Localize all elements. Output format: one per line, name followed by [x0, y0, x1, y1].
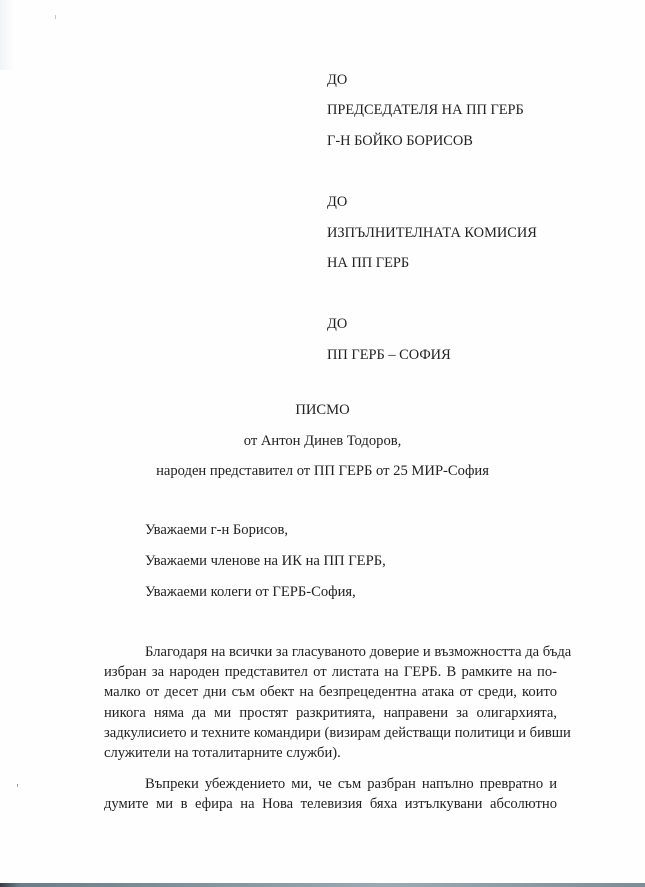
paragraph-1-line-1: Благодаря на всички за гласуваното довер… [104, 643, 557, 661]
letter-sender-position: народен представител от ПП ГЕРБ от 25 МИ… [0, 462, 645, 480]
addressee-2-line-1: ДО [327, 193, 347, 211]
scan-speck [55, 15, 56, 19]
letter-title: ПИСМО [0, 401, 645, 419]
salutation-1: Уважаеми г-н Борисов, [145, 521, 288, 539]
paragraph-1-line-5: задкулисието и техните командири (визира… [104, 724, 557, 742]
document-page: ДО ПРЕДСЕДАТЕЛЯ НА ПП ГЕРБ Г-Н БОЙКО БОР… [0, 0, 645, 883]
paragraph-1-line-6: служители на тоталитарните служби). [104, 744, 557, 762]
scan-bottom-edge [0, 883, 645, 887]
salutation-2: Уважаеми членове на ИК на ПП ГЕРБ, [145, 552, 386, 570]
addressee-1-line-2: ПРЕДСЕДАТЕЛЯ НА ПП ГЕРБ [327, 101, 524, 119]
paragraph-1-line-3: малко от десет дни съм обект на безпреце… [104, 683, 557, 701]
salutation-3: Уважаеми колеги от ГЕРБ-София, [145, 583, 356, 601]
addressee-1-line-1: ДО [327, 71, 347, 89]
addressee-2-line-3: НА ПП ГЕРБ [327, 254, 409, 272]
scan-edge-shadow [0, 0, 14, 70]
addressee-3-line-1: ДО [327, 315, 347, 333]
scan-speck [17, 784, 18, 787]
addressee-3-line-2: ПП ГЕРБ – СОФИЯ [327, 346, 451, 364]
addressee-2-line-2: ИЗПЪЛНИТЕЛНАТА КОМИСИЯ [327, 224, 537, 242]
addressee-1-line-3: Г-Н БОЙКО БОРИСОВ [327, 132, 473, 150]
paragraph-1-line-2: избран за народен представител от листат… [104, 663, 557, 681]
paragraph-1-line-4: никога няма да ми простят разкритията, н… [104, 704, 557, 722]
paragraph-2-line-2: думите ми в ефира на Нова телевизия бяха… [104, 795, 557, 813]
letter-from: от Антон Динев Тодоров, [0, 432, 645, 450]
paragraph-2-line-1: Въпреки убеждението ми, че съм разбран н… [104, 775, 557, 793]
